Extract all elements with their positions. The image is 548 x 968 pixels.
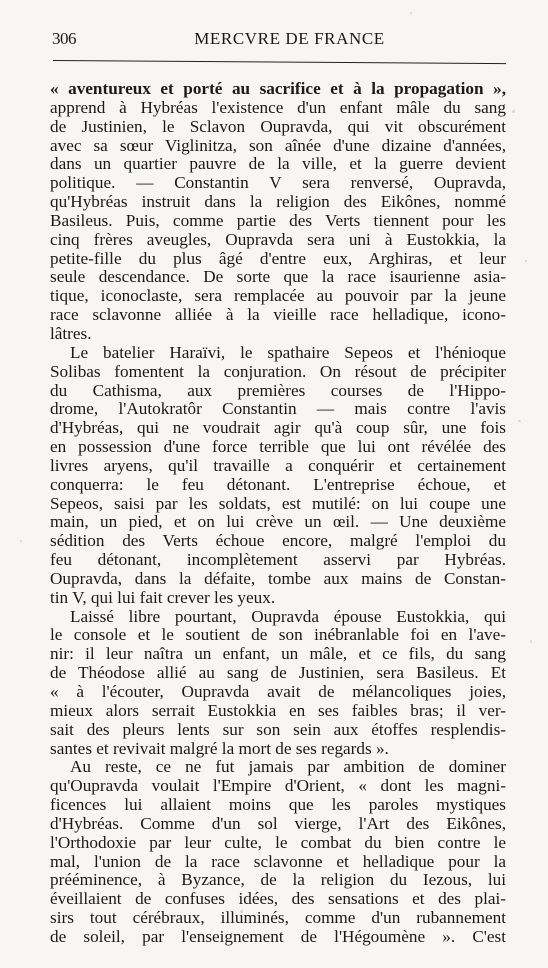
text-line: « à l'écouter, Oupravda avait de mélanco… — [50, 683, 506, 702]
text-line: prééminence, à Byzance, de la religion d… — [50, 871, 506, 890]
paragraph: Le batelier Haraïvi, le spathaire Sepeos… — [50, 344, 506, 608]
text-line: sait des pleurs lents sur son sein aux é… — [50, 721, 506, 740]
scan-speck — [530, 640, 532, 643]
text-line: de Théodose allié au sang de Justinien, … — [50, 664, 506, 683]
scan-speck — [525, 260, 527, 262]
text-line: drome, l'Autokratôr Constantin — mais co… — [50, 400, 506, 419]
text-line: mieux alors serrait Eustokkia en ses fai… — [50, 702, 506, 721]
text-line: d'Hybréas. Comme d'un sol vierge, l'Art … — [50, 815, 506, 834]
text-line: mal, l'union de la race sclavonne et hel… — [50, 853, 506, 872]
text-line: Basileus. Puis, comme partie des Verts t… — [50, 212, 506, 231]
text-line: sirs tout cérébraux, illuminés, comme d'… — [50, 909, 506, 928]
text-line: d'Hybréas, qui ne voudrait agir qu'à cou… — [50, 419, 506, 438]
text-line: santes et revivait malgré la mort de ses… — [50, 740, 506, 759]
text-line: en possession d'une force terrible que l… — [50, 438, 506, 457]
text-line: éveillaient de confuses idées, des sensa… — [50, 890, 506, 909]
header-rule — [53, 60, 506, 64]
running-title: MERCVRE DE FRANCE — [52, 29, 507, 49]
scan-speck — [410, 12, 412, 14]
text-line: Sepeos, saisi par les soldats, est mutil… — [50, 495, 506, 514]
text-line: apprend à Hybréas l'existence d'un enfan… — [50, 99, 506, 118]
text-line: Au reste, ce ne fut jamais par ambition … — [50, 758, 506, 777]
text-line: tin V, qui lui fait crever les yeux. — [50, 589, 506, 608]
text-line: conquerra: le feu détonant. L'entreprise… — [50, 476, 506, 495]
text-line: tique, iconoclaste, sera remplacée au po… — [50, 287, 506, 306]
text-line: « aventureux et porté au sacrifice et à … — [50, 80, 506, 99]
scan-speck — [512, 110, 515, 113]
text-line: livres aryens, qu'il travaille a conquér… — [50, 457, 506, 476]
text-line: de Justinien, le Sclavon Oupravda, qui v… — [50, 118, 506, 137]
body-text: « aventureux et porté au sacrifice et à … — [50, 80, 506, 947]
text-line: feu détonant, incomplètement asservi par… — [50, 551, 506, 570]
text-line: politique. — Constantin V sera renversé,… — [50, 174, 506, 193]
text-line: main, un pied, et on lui crève un œil. —… — [50, 513, 506, 532]
text-line: Laissé libre pourtant, Oupravda épouse E… — [50, 608, 506, 627]
paragraph: Laissé libre pourtant, Oupravda épouse E… — [50, 608, 506, 759]
paragraph: « aventureux et porté au sacrifice et à … — [50, 80, 506, 344]
text-line: sédition des Verts échoue encore, malgré… — [50, 532, 506, 551]
scanned-page: 306 MERCVRE DE FRANCE « aventureux et po… — [0, 0, 548, 968]
text-line: du Cathisma, aux premières courses de l'… — [50, 382, 506, 401]
paragraph: Au reste, ce ne fut jamais par ambition … — [50, 758, 506, 946]
scan-speck — [20, 540, 22, 542]
text-line: le console et le soutient de son inébran… — [50, 626, 506, 645]
text-line: de soleil, par l'enseignement de l'Hégou… — [50, 928, 506, 947]
text-line: nir: il leur naîtra un enfant, un mâle, … — [50, 645, 506, 664]
text-line: qu'Hybréas instruit dans la religion des… — [50, 193, 506, 212]
text-line: cinq frères aveugles, Oupravda sera uni … — [50, 231, 506, 250]
text-line: dans un quartier pauvre de la ville, et … — [50, 155, 506, 174]
text-line: petite-fille du plus âgé d'entre eux, Ar… — [50, 250, 506, 269]
text-line: seule descendance. De sorte que la race … — [50, 268, 506, 287]
running-header: 306 MERCVRE DE FRANCE — [52, 27, 507, 53]
text-line: race sclavonne alliée à la vieille race … — [50, 306, 506, 325]
text-line: Oupravda, dans la défaite, tombe aux mai… — [50, 570, 506, 589]
text-line: Solibas fomentent la conjuration. On rés… — [50, 363, 506, 382]
text-line: avec sa sœur Viglinitza, son aînée d'une… — [50, 137, 506, 156]
scan-speck — [518, 420, 521, 422]
text-line: qu'Oupravda voulait l'Empire d'Orient, «… — [50, 777, 506, 796]
text-line: Le batelier Haraïvi, le spathaire Sepeos… — [50, 344, 506, 363]
text-line: lâtres. — [50, 325, 506, 344]
text-line: ficences lui allaient moins que les paro… — [50, 796, 506, 815]
text-line: l'Orthodoxie par leur culte, le combat d… — [50, 834, 506, 853]
